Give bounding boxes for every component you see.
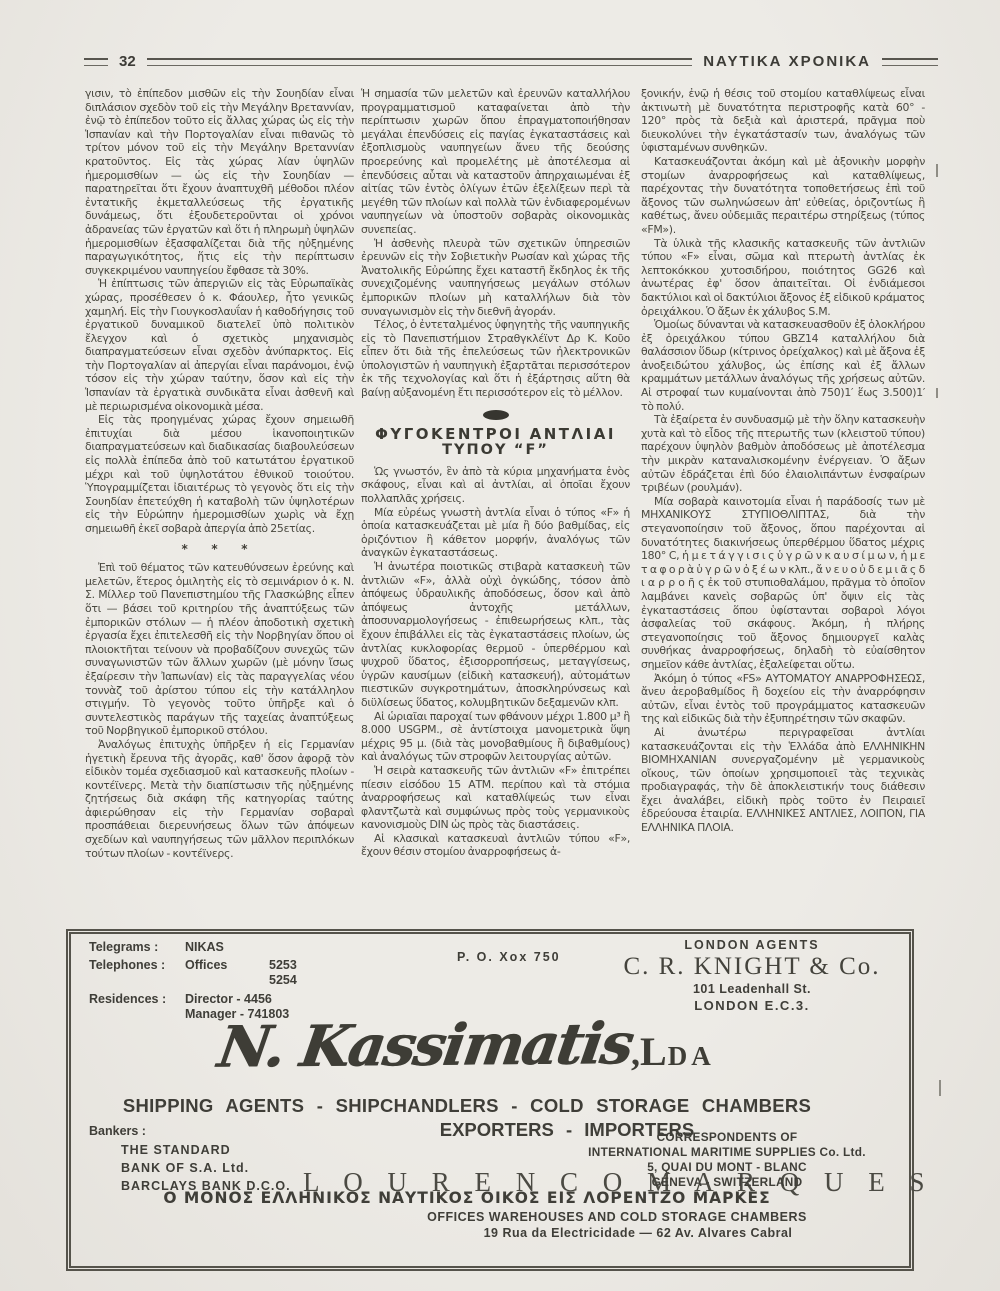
correspondents-heading: CORRESPONDENTS OF [571, 1130, 883, 1145]
ornament-divider-icon [483, 410, 509, 420]
paragraph: Ἀκόμη ὁ τύπος «FS» ΑΥΤΟΜΑΤΟΥ ΑΝΑΡΡΟΦΗΣΕΩ… [641, 672, 925, 726]
telephones-line: Telephones : Offices 5253 5254 [89, 958, 297, 988]
street-address-line: 19 Rua da Electricidade — 62 Av. Alvares… [388, 1226, 888, 1240]
paragraph: Ὡς γνωστόν, ἓν ἀπὸ τὰ κύρια μηχανήματα ἑ… [361, 465, 630, 506]
paragraph: Ἡ ἀσθενὴς πλευρὰ τῶν σχετικῶν ὑπηρεσιῶν … [361, 237, 630, 319]
telegrams-value: NIKAS [185, 940, 224, 954]
paragraph: Μία εὐρέως γνωστὴ ἀντλία εἶναι ὁ τύπος «… [361, 506, 630, 560]
london-agent-name: C. R. KNIGHT & Co. [616, 953, 888, 981]
correspondents-street: 5, QUAI DU MONT - BLANC [571, 1160, 883, 1175]
paragraph: Αἱ ὡριαῖαι παροχαί των φθάνουν μέχρι 1.8… [361, 710, 630, 764]
article-heading-line2: ΤΥΠΟΥ “F” [361, 444, 630, 458]
london-agents-block: LONDON AGENTS C. R. KNIGHT & Co. 101 Lea… [616, 938, 888, 1013]
paragraph: Ἐπὶ τοῦ θέματος τῶν κατευθύνσεων ἐρεύνης… [85, 561, 354, 738]
article-heading: ΦΥΓΟΚΕΝΤΡΟΙ ΑΝΤΛΙΑΙ ΤΥΠΟΥ “F” [361, 427, 630, 465]
paragraph: γισιν, τὸ ἐπίπεδον μισθῶν εἰς τὴν Σουηδί… [85, 87, 354, 277]
scan-artifact [939, 1080, 941, 1096]
paragraph: Τὰ ὑλικὰ τῆς κλασικῆς κατασκευῆς τῶν ἀντ… [641, 237, 925, 319]
correspondents-company: INTERNATIONAL MARITIME SUPPLIES Co. Ltd. [571, 1145, 883, 1160]
article-column-left: γισιν, τὸ ἐπίπεδον μισθῶν εἰς τὴν Σουηδί… [85, 87, 354, 937]
telephone-number: 5254 [269, 973, 297, 987]
london-agent-street: 101 Leadenhall St. [616, 982, 888, 996]
telephones-sublabel: Offices [185, 958, 247, 988]
page-number: 32 [119, 53, 136, 70]
article-column-middle: Ἡ σημασία τῶν μελετῶν καὶ ἐρευνῶν καταλλ… [361, 87, 630, 937]
paragraph: Ἡ ἀνωτέρα ποιοτικῶς στιβαρὰ κατασκευὴ τῶ… [361, 560, 630, 710]
paragraph: Ἡ σημασία τῶν μελετῶν καὶ ἐρευνῶν καταλλ… [361, 87, 630, 237]
paragraph: Ἀναλόγως ἐπιτυχὴς ὑπῆρξεν ἡ εἰς Γερμανία… [85, 738, 354, 860]
greek-slogan: Ο ΜΟΝΟΣ ΕΛΛΗΝΙΚΟΣ ΝΑΥΤΙΚΟΣ ΟΙΚΟΣ ΕΙΣ ΛΟΡ… [77, 1189, 857, 1207]
paragraph: Ἡ ἐπίπτωσις τῶν ἀπεργιῶν εἰς τὰς Εὐρωπαϊ… [85, 277, 354, 413]
paragraph: Τέλος, ὁ ἐντεταλμένος ὑφηγητὴς τῆς ναυπη… [361, 318, 630, 400]
section-separator: * * * [85, 536, 354, 562]
company-logo-script: N. Kassimatis [214, 1010, 636, 1081]
correspondents-city: GENEVA - SWITZERLAND [571, 1175, 883, 1190]
telephone-numbers: 5253 5254 [269, 958, 297, 988]
scan-artifact [936, 164, 938, 177]
paragraph: Εἰς τὰς προηγμένας χώρας ἔχουν σημειωθῆ … [85, 413, 354, 535]
header-rule-left [84, 58, 108, 66]
bankers-label: Bankers : [89, 1124, 291, 1138]
services-tagline: SHIPPING AGENTS - SHIPCHANDLERS - COLD S… [77, 1095, 857, 1117]
logo-suffix-initial: L [640, 1029, 668, 1074]
header-rule-middle [147, 58, 693, 66]
page-header: 32 ΝΑΥΤΙΚΑ ΧΡΟΝΙΚΑ [84, 53, 938, 70]
bank-name: BANK OF S.A. Ltd. [121, 1161, 291, 1175]
offices-line: OFFICES WAREHOUSES AND COLD STORAGE CHAM… [367, 1210, 867, 1224]
kassimatis-advertisement: Telegrams : NIKAS Telephones : Offices 5… [66, 929, 914, 1271]
logo-suffix-rest: DA [668, 1041, 715, 1071]
paragraph: Ὁμοίως δύνανται νὰ κατασκευασθοῦν ἐξ ὁλο… [641, 318, 925, 413]
magazine-title: ΝΑΥΤΙΚΑ ΧΡΟΝΙΚΑ [703, 53, 871, 70]
paragraph: Κατασκευάζονται ἀκόμη καὶ μὲ ἀξονικὴν μο… [641, 155, 925, 237]
correspondents-block: CORRESPONDENTS OF INTERNATIONAL MARITIME… [571, 1130, 883, 1190]
paragraph: Μία σοβαρὰ καινοτομία εἶναι ἡ παράδοσίς … [641, 495, 925, 672]
paragraph: Τὰ ἐξαίρετα ἐν συνδυασμῷ μὲ τὴν ὅλην κατ… [641, 413, 925, 495]
header-rule-right [882, 58, 938, 66]
scan-artifact [936, 388, 938, 398]
telephone-number: 5253 [269, 958, 297, 972]
residence-number: Director - 4456 [185, 992, 289, 1006]
paragraph: ξονικήν, ἐνῷ ἡ θέσις τοῦ στομίου καταθλί… [641, 87, 925, 155]
london-agents-heading: LONDON AGENTS [616, 938, 888, 952]
company-logo: N. Kassimatis,LDA [77, 1012, 857, 1079]
telephones-label: Telephones : [89, 958, 185, 988]
london-agent-city: LONDON E.C.3. [616, 998, 888, 1013]
bank-name: THE STANDARD [121, 1143, 291, 1157]
paragraph: Ἡ σειρὰ κατασκευῆς τῶν ἀντλιῶν «F» ἐπιτρ… [361, 764, 630, 832]
paragraph: Αἱ κλασικαὶ κατασκευαὶ ἀντλιῶν τύπου «F»… [361, 832, 630, 859]
telegrams-line: Telegrams : NIKAS [89, 940, 297, 954]
logo-comma: , [631, 1033, 640, 1073]
po-box: P. O. Xox 750 [457, 950, 561, 964]
paragraph: Αἱ ἀνωτέρω περιγραφεῖσαι ἀντλίαι κατασκε… [641, 726, 925, 835]
article-column-right: ξονικήν, ἐνῷ ἡ θέσις τοῦ στομίου καταθλί… [641, 87, 925, 937]
bankers-block: Bankers : THE STANDARD BANK OF S.A. Ltd.… [89, 1124, 291, 1197]
article-heading-line1: ΦΥΓΟΚΕΝΤΡΟΙ ΑΝΤΛΙΑΙ [361, 428, 630, 442]
telegrams-label: Telegrams : [89, 940, 185, 954]
